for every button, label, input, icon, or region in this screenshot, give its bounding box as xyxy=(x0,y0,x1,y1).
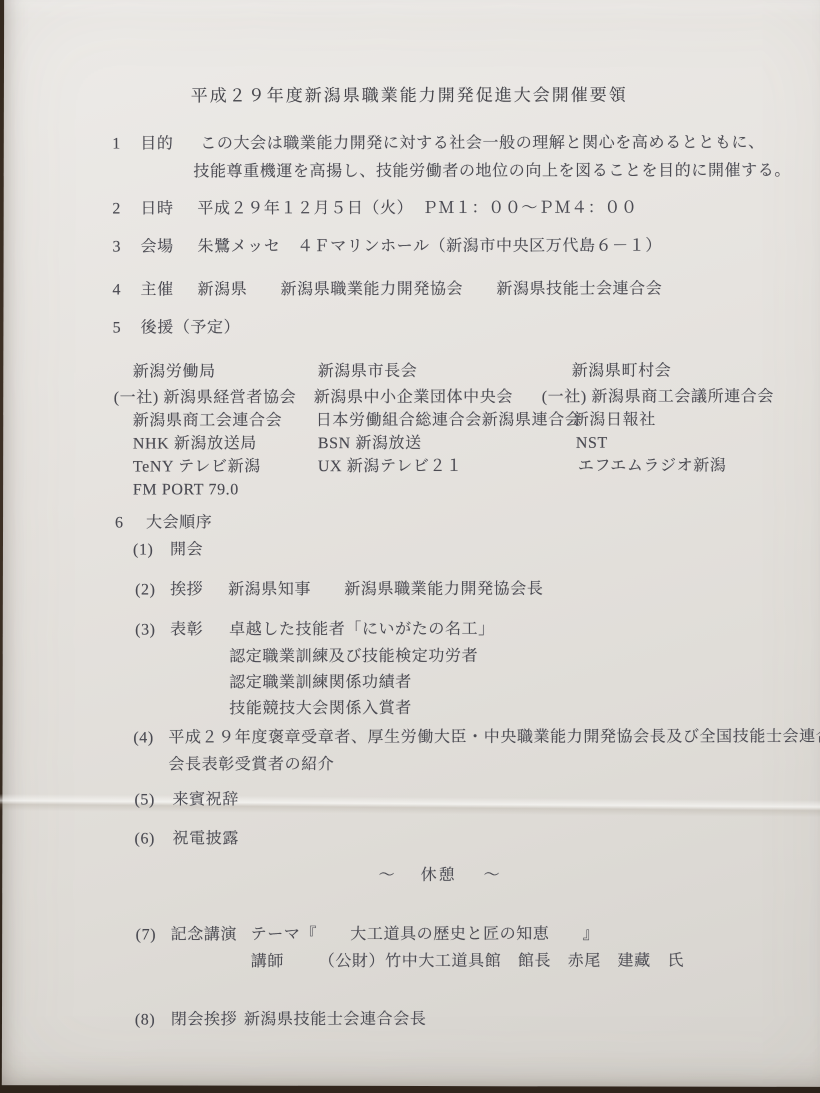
break-tilde-right: ～ xyxy=(484,867,501,885)
sponsor-cell: NST xyxy=(576,435,608,453)
section-3-number: 3 xyxy=(112,239,121,257)
section-2-number: 2 xyxy=(112,201,121,219)
document-title: 平成２９年度新潟県職業能力開発促進大会開催要領 xyxy=(0,85,819,106)
agenda-7-theme: テーマ『 大工道具の歴史と匠の知恵 』 xyxy=(251,926,600,945)
sponsor-cell: エフエムラジオ新潟 xyxy=(578,457,727,476)
section-1-number: 1 xyxy=(112,136,121,154)
agenda-7-lecturer: （公財）竹中大工道具館 館長 赤尾 建藏 氏 xyxy=(319,953,684,972)
agenda-7-lecturer-label: 講師 xyxy=(251,953,284,971)
document-content: 平成２９年度新潟県職業能力開発促進大会開催要領 1 目的 この大会は職業能力開発… xyxy=(0,0,820,1093)
section-4-number: 4 xyxy=(113,282,122,300)
agenda-1-number: (1) xyxy=(133,541,154,559)
agenda-4-number: (4) xyxy=(133,729,154,747)
agenda-3-label: 表彰 xyxy=(170,621,203,639)
document-photo: 平成２９年度新潟県職業能力開発促進大会開催要領 1 目的 この大会は職業能力開発… xyxy=(0,0,820,1093)
section-1-line2: 技能尊重機運を高揚し、技能労働者の地位の向上を図ることを目的に開催する。 xyxy=(193,162,791,181)
agenda-8-number: (8) xyxy=(135,1011,156,1029)
sponsor-cell: NHK 新潟放送局 xyxy=(133,435,257,454)
section-1-line1: この大会は職業能力開発に対する社会一般の理解と関心を高めるとともに、 xyxy=(200,134,764,153)
agenda-3-sub3: 技能競技大会関係入賞者 xyxy=(229,700,412,719)
sponsor-cell: FM PORT 79.0 xyxy=(133,481,239,500)
section-4-text: 新潟県 新潟県職業能力開発協会 新潟県技能士会連合会 xyxy=(198,281,663,300)
sponsor-cell: (一社) 新潟県経営者協会 xyxy=(114,389,297,408)
sponsor-cell: UX 新潟テレビ２１ xyxy=(318,458,463,477)
section-2-label: 日時 xyxy=(140,200,173,218)
agenda-7-label: 記念講演 xyxy=(171,926,237,945)
sponsor-cell: 新潟県市長会 xyxy=(318,363,418,382)
agenda-1-label: 開会 xyxy=(170,541,203,559)
section-4-label: 主催 xyxy=(141,281,174,299)
sponsor-cell: BSN 新潟放送 xyxy=(318,435,422,454)
agenda-8-text: 新潟県技能士会連合会長 xyxy=(244,1011,427,1030)
agenda-3-text: 卓越した技能者「にいがたの名工」 xyxy=(229,621,495,640)
section-3-label: 会場 xyxy=(140,238,173,256)
agenda-7-number: (7) xyxy=(136,926,157,944)
agenda-5-label: 来賓祝辞 xyxy=(172,791,238,810)
section-2-text: 平成２９年１２月５日（火） ＰＭ１：００～ＰＭ４：００ xyxy=(197,200,637,219)
agenda-3-sub2: 認定職業訓練関係功績者 xyxy=(229,674,412,693)
sponsor-cell: 新潟県町村会 xyxy=(572,363,672,382)
sponsor-cell: 新潟日報社 xyxy=(573,412,656,431)
section-5-label: 後援（予定） xyxy=(141,319,241,338)
agenda-6-label: 祝電披露 xyxy=(172,830,238,849)
agenda-2-label: 挨拶 xyxy=(170,581,203,599)
section-6-number: 6 xyxy=(115,514,124,532)
agenda-3-number: (3) xyxy=(135,621,156,639)
section-6-label: 大会順序 xyxy=(146,514,212,533)
agenda-6-number: (6) xyxy=(134,830,155,848)
agenda-2-text: 新潟県知事 新潟県職業能力開発協会長 xyxy=(228,581,543,600)
section-1-label: 目的 xyxy=(140,135,173,153)
sponsor-cell: 新潟労働局 xyxy=(133,363,216,382)
break-tilde-left: ～ xyxy=(379,867,396,885)
sponsor-cell: TeNY テレビ新潟 xyxy=(133,458,261,477)
sponsor-cell: 日本労働組合総連合会新潟県連合会 xyxy=(316,412,582,431)
break-label: 休憩 xyxy=(421,867,457,885)
agenda-3-sub1: 認定職業訓練及び技能検定功労者 xyxy=(229,648,478,667)
section-3-text: 朱鷺メッセ ４Ｆマリンホール（新潟市中央区万代島６－１） xyxy=(197,238,662,257)
sponsor-cell: 新潟県商工会連合会 xyxy=(133,412,282,431)
agenda-8-label: 閉会挨拶 xyxy=(171,1011,237,1030)
agenda-4-line1: 平成２９年度褒章受章者、厚生労働大臣・中央職業能力開発協会長及び全国技能士会連合 xyxy=(168,728,820,748)
section-5-number: 5 xyxy=(113,320,122,338)
agenda-2-number: (2) xyxy=(135,581,156,599)
agenda-4-line2: 会長表彰受賞者の紹介 xyxy=(168,756,334,775)
sponsor-cell: 新潟県中小企業団体中央会 xyxy=(314,389,513,408)
agenda-5-number: (5) xyxy=(134,791,155,809)
sponsor-cell: (一社) 新潟県商工会議所連合会 xyxy=(542,388,774,407)
